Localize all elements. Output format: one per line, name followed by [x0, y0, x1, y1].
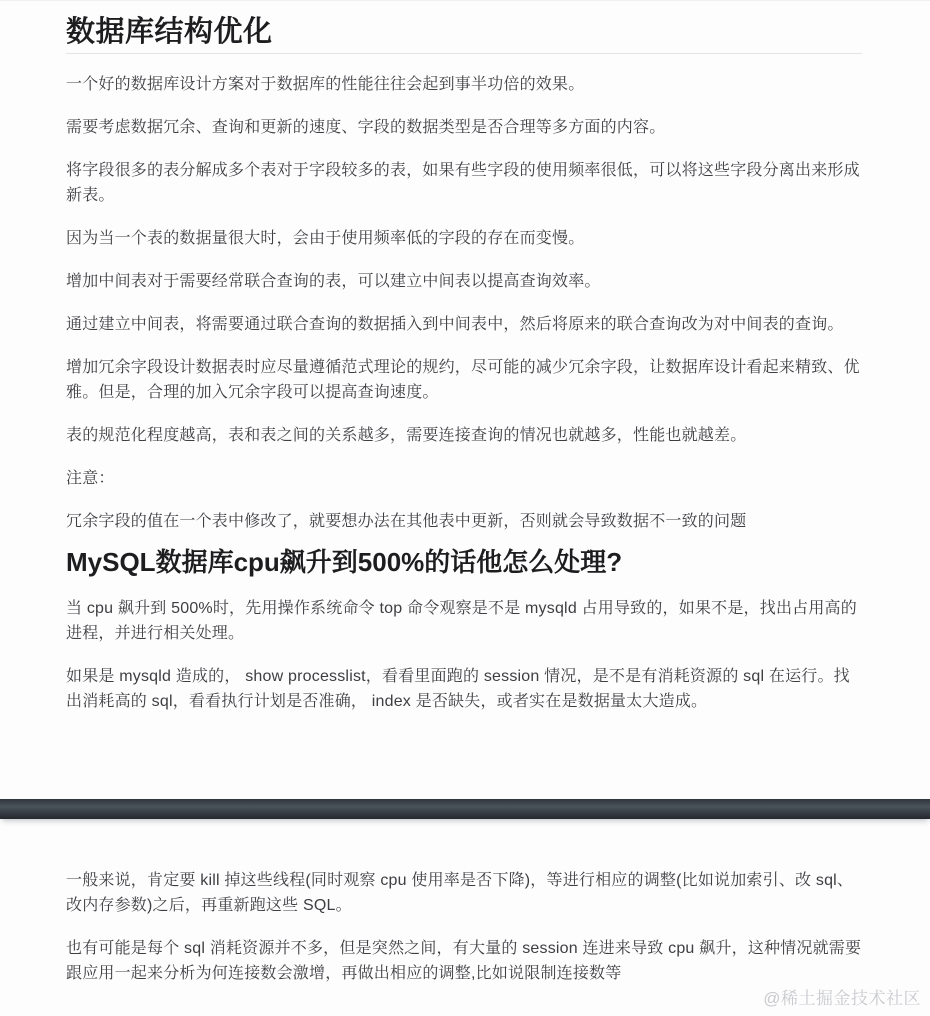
paragraph: 需要考虑数据冗余、查询和更新的速度、字段的数据类型是否合理等多方面的内容。 — [66, 115, 862, 140]
watermark: @稀土掘金技术社区 — [763, 989, 921, 1009]
article-page: 数据库结构优化 一个好的数据库设计方案对于数据库的性能往往会起到事半功倍的效果。… — [0, 0, 930, 1016]
section-divider-bar — [0, 799, 930, 819]
paragraph: 一个好的数据库设计方案对于数据库的性能往往会起到事半功倍的效果。 — [66, 72, 862, 97]
section-mysql-cpu-spike-continued: 一般来说，肯定要 kill 掉这些线程(同时观察 cpu 使用率是否下降)，等进… — [66, 850, 862, 986]
article-content: 数据库结构优化 一个好的数据库设计方案对于数据库的性能往往会起到事半功倍的效果。… — [0, 17, 930, 714]
paragraph: 将字段很多的表分解成多个表对于字段较多的表，如果有些字段的使用频率很低，可以将这… — [66, 158, 862, 208]
paragraph: 增加中间表对于需要经常联合查询的表，可以建立中间表以提高查询效率。 — [66, 269, 862, 294]
paragraph: 增加冗余字段设计数据表时应尽量遵循范式理论的规约，尽可能的减少冗余字段，让数据库… — [66, 355, 862, 405]
paragraph: 如果是 mysqld 造成的， show processlist，看看里面跑的 … — [66, 664, 862, 714]
page-title: 数据库结构优化 — [66, 17, 862, 47]
paragraph: 一般来说，肯定要 kill 掉这些线程(同时观察 cpu 使用率是否下降)，等进… — [66, 868, 862, 918]
title-rule — [66, 53, 862, 54]
paragraph: 冗余字段的值在一个表中修改了，就要想办法在其他表中更新，否则就会导致数据不一致的… — [66, 509, 862, 534]
paragraph: 当 cpu 飙升到 500%时，先用操作系统命令 top 命令观察是不是 mys… — [66, 596, 862, 646]
paragraph: 表的规范化程度越高，表和表之间的关系越多，需要连接查询的情况也就越多，性能也就越… — [66, 423, 862, 448]
paragraph: 因为当一个表的数据量很大时，会由于使用频率低的字段的存在而变慢。 — [66, 226, 862, 251]
section-db-structure-optimization: 数据库结构优化 一个好的数据库设计方案对于数据库的性能往往会起到事半功倍的效果。… — [66, 17, 862, 534]
paragraph: 也有可能是每个 sql 消耗资源并不多，但是突然之间，有大量的 session … — [66, 936, 862, 986]
section-mysql-cpu-spike: MySQL数据库cpu飙升到500%的话他怎么处理? 当 cpu 飙升到 500… — [66, 546, 862, 714]
paragraph-note-label: 注意： — [66, 466, 862, 491]
paragraph: 通过建立中间表，将需要通过联合查询的数据插入到中间表中，然后将原来的联合查询改为… — [66, 312, 862, 337]
section-heading: MySQL数据库cpu飙升到500%的话他怎么处理? — [66, 546, 862, 578]
